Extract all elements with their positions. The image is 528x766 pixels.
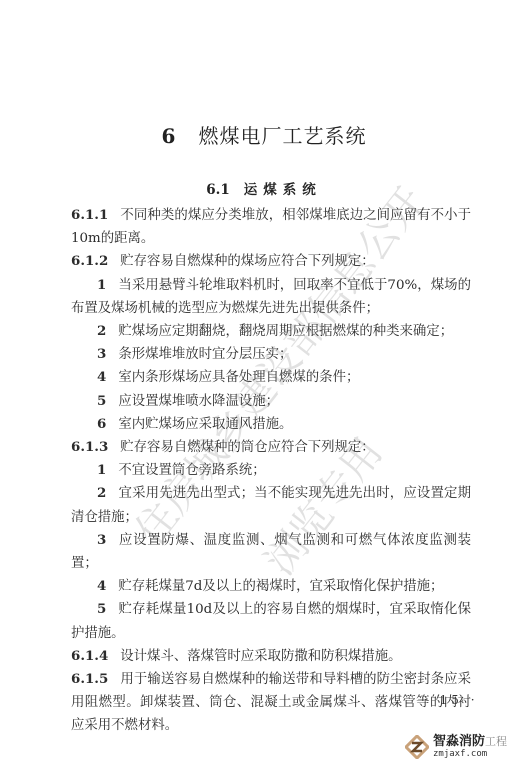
chapter-title: 6燃煤电厂工艺系统 [0, 120, 528, 149]
clause-text: 设计煤斗、落煤管时应采取防撒和防积煤措施。 [120, 649, 401, 664]
logo-suffix: 工程 [485, 735, 507, 748]
document-body: 6.1.1不同种类的煤应分类堆放，相邻煤堆底边之间应留有不小于10m的距离。 6… [71, 204, 471, 738]
list-item: 4室内条形煤场应具备处理自燃煤的条件； [71, 366, 471, 389]
item-number: 6 [97, 416, 106, 432]
item-text: 应设置防爆、温度监测、烟气监测和可燃气体浓度监测装置； [71, 533, 471, 571]
item-number: 2 [97, 485, 106, 501]
item-text: 不宜设置筒仓旁路系统； [118, 463, 265, 478]
clause-6-1-2: 6.1.2贮存容易自燃煤种的煤场应符合下列规定： [71, 250, 471, 273]
item-number: 1 [97, 462, 106, 478]
item-text: 宜采用先进先出型式；当不能实现先进先出时，应设置定期清仓措施； [71, 486, 471, 524]
clause-number: 6.1.4 [71, 648, 108, 664]
logo-url: zmjaxf.com [433, 750, 507, 759]
clause-text: 用于输送容易自燃煤种的输送带和导料槽的防尘密封条应采用阻燃型。卸煤装置、筒仓、混… [71, 672, 471, 733]
item-text: 条形煤堆堆放时宜分层压实； [118, 347, 292, 362]
list-item: 1不宜设置筒仓旁路系统； [71, 459, 471, 482]
clause-6-1-1: 6.1.1不同种类的煤应分类堆放，相邻煤堆底边之间应留有不小于10m的距离。 [71, 204, 471, 250]
clause-number: 6.1.3 [71, 439, 108, 455]
item-number: 5 [97, 601, 106, 617]
list-item: 2贮煤场应定期翻烧，翻烧周期应根据燃煤的种类来确定； [71, 320, 471, 343]
page-number: · 15 · [424, 693, 479, 707]
item-text: 室内条形煤场应具备处理自燃煤的条件； [118, 370, 359, 385]
list-item: 4贮存耗煤量7d及以上的褐煤时，宜采取惰化保护措施； [71, 575, 471, 598]
clause-number: 6.1.2 [71, 253, 108, 269]
list-item: 6室内贮煤场应采取通风措施。 [71, 413, 471, 436]
clause-6-1-3: 6.1.3贮存容易自燃煤种的筒仓应符合下列规定： [71, 436, 471, 459]
list-item: 5应设置煤堆喷水降温设施； [71, 390, 471, 413]
item-number: 5 [97, 393, 106, 409]
clause-text: 贮存容易自燃煤种的煤场应符合下列规定： [120, 254, 374, 269]
logo-diamond-icon [405, 735, 429, 759]
section-title: 6.1运煤系统 [0, 178, 528, 198]
item-number: 3 [97, 532, 106, 548]
list-item: 3条形煤堆堆放时宜分层压实； [71, 343, 471, 366]
item-number: 4 [97, 578, 106, 594]
item-text: 贮煤场应定期翻烧，翻烧周期应根据燃煤的种类来确定； [118, 324, 453, 339]
chapter-number: 6 [162, 124, 177, 148]
clause-number: 6.1.5 [71, 671, 108, 687]
chapter-title-text: 燃煤电厂工艺系统 [198, 124, 366, 148]
item-number: 3 [97, 346, 106, 362]
item-text: 当采用悬臂斗轮堆取料机时，回取率不宜低于70%，煤场的布置及煤场机械的选型应为燃… [71, 278, 471, 316]
item-text: 贮存耗煤量7d及以上的褐煤时，宜采取惰化保护措施； [118, 579, 443, 594]
item-number: 4 [97, 369, 106, 385]
clause-number: 6.1.1 [71, 207, 108, 223]
item-text: 贮存耗煤量10d及以上的容易自燃的烟煤时，宜采取惰化保护措施。 [71, 602, 471, 640]
list-item: 5贮存耗煤量10d及以上的容易自燃的烟煤时，宜采取惰化保护措施。 [71, 598, 471, 644]
clause-text: 不同种类的煤应分类堆放，相邻煤堆底边之间应留有不小于10m的距离。 [71, 208, 471, 246]
clause-6-1-5: 6.1.5用于输送容易自燃煤种的输送带和导料槽的防尘密封条应采用阻燃型。卸煤装置… [71, 668, 471, 738]
section-number: 6.1 [206, 182, 230, 198]
logo-name: 智淼消防 [433, 734, 485, 749]
item-text: 应设置煤堆喷水降温设施； [118, 394, 279, 409]
clause-text: 贮存容易自燃煤种的筒仓应符合下列规定： [120, 440, 374, 455]
site-logo[interactable]: 智淼消防工程 zmjaxf.com [405, 735, 507, 759]
section-title-text: 运煤系统 [244, 182, 322, 198]
item-text: 室内贮煤场应采取通风措施。 [118, 417, 292, 432]
item-number: 2 [97, 323, 106, 339]
list-item: 3应设置防爆、温度监测、烟气监测和可燃气体浓度监测装置； [71, 529, 471, 575]
list-item: 2宜采用先进先出型式；当不能实现先进先出时，应设置定期清仓措施； [71, 482, 471, 528]
document-page: 6燃煤电厂工艺系统 6.1运煤系统 6.1.1不同种类的煤应分类堆放，相邻煤堆底… [0, 0, 528, 766]
list-item: 1当采用悬臂斗轮堆取料机时，回取率不宜低于70%，煤场的布置及煤场机械的选型应为… [71, 274, 471, 320]
clause-6-1-4: 6.1.4设计煤斗、落煤管时应采取防撒和防积煤措施。 [71, 645, 471, 668]
item-number: 1 [97, 277, 106, 293]
